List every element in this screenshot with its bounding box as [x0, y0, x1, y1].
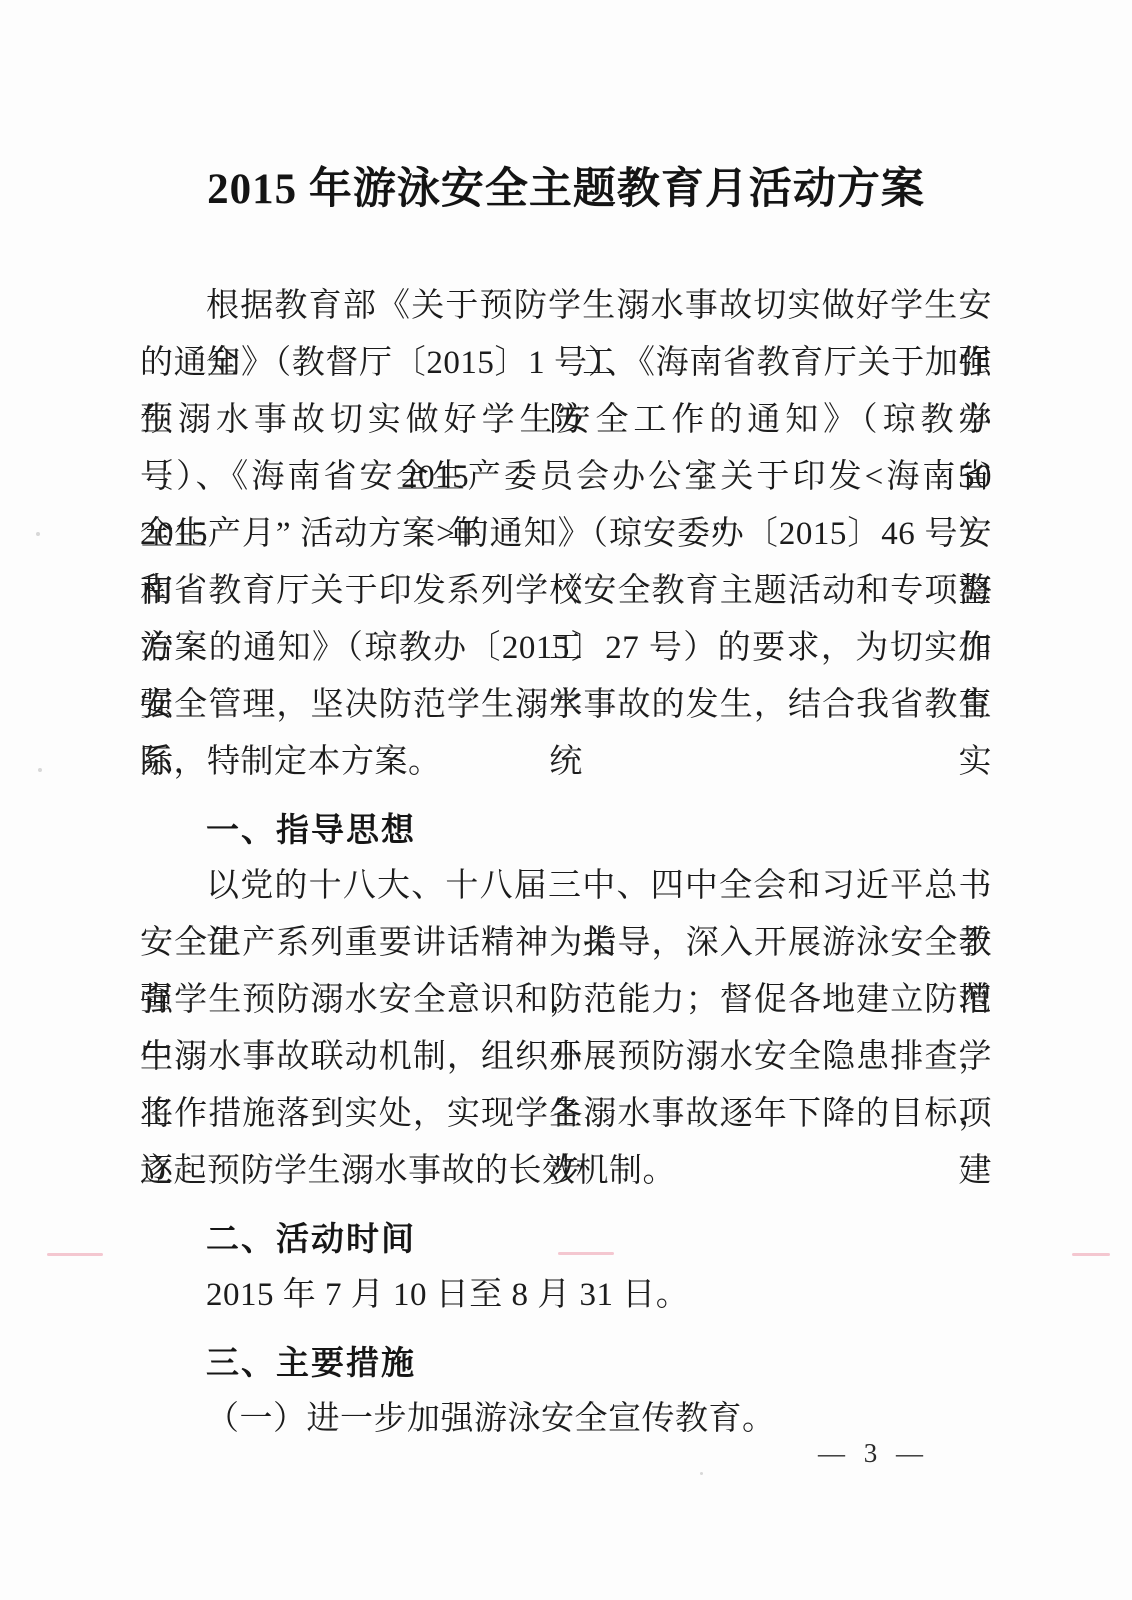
text-line: 强学生预防溺水安全意识和防范能力；督促各地建立防范中小学 — [140, 972, 992, 1029]
text-line: 生溺水事故切实做好学生安全工作的通知》（琼教办〔2015〕50 — [140, 392, 992, 449]
text-line: 安全管理，坚决防范学生溺水事故的发生，结合我省教育系统实 — [140, 677, 992, 734]
text-line-activity-dates: 2015 年 7 月 10 日至 8 月 31 日。 — [140, 1267, 992, 1324]
section-heading-main-measures: 三、主要措施 — [140, 1334, 992, 1391]
scan-speck — [38, 768, 42, 772]
text-line: 南省教育厅关于印发系列学校安全教育主题活动和专项整治工作 — [140, 563, 992, 620]
scan-speck — [36, 532, 40, 536]
text-line: 以党的十八大、十八届三中、四中全会和习近平总书记关于 — [140, 858, 992, 915]
text-line: 安全生产系列重要讲话精神为指导，深入开展游泳安全教育，增 — [140, 915, 992, 972]
text-line: 生溺水事故联动机制，组织开展预防溺水安全隐患排查，将各项 — [140, 1029, 992, 1086]
document-body: 根据教育部《关于预防学生溺水事故切实做好学生安全工作 的通知》（教督厅〔2015… — [140, 278, 992, 1448]
text-line: 根据教育部《关于预防学生溺水事故切实做好学生安全工作 — [140, 278, 992, 335]
document-title: 2015 年游泳安全主题教育月活动方案 — [0, 155, 1132, 216]
scan-speck — [700, 1472, 703, 1475]
scanned-document-page: 2015 年游泳安全主题教育月活动方案 根据教育部《关于预防学生溺水事故切实做好… — [0, 0, 1132, 1600]
text-line: 号）、《海南省安全生产委员会办公室关于印发<海南省 2015 年“安 — [140, 449, 992, 506]
page-number: — 3 — — [818, 1438, 929, 1469]
scan-artifact-line — [558, 1252, 614, 1255]
text-line: 工作措施落到实处，实现学生溺水事故逐年下降的目标，逐步建 — [140, 1086, 992, 1143]
text-line: 的通知》（教督厅〔2015〕1 号）、《海南省教育厅关于加强预防学 — [140, 335, 992, 392]
text-line: 全生产月” 活动方案>的通知》（琼安委办〔2015〕46 号）和《海 — [140, 506, 992, 563]
scan-artifact-line — [47, 1253, 103, 1256]
section-heading-guiding-ideology: 一、指导思想 — [140, 801, 992, 858]
section-heading-activity-time: 二、活动时间 — [140, 1210, 992, 1267]
scan-artifact-line — [1072, 1253, 1110, 1256]
text-line: 方案的通知》（琼教办〔2015〕27 号）的要求，为切实加强学生 — [140, 620, 992, 677]
